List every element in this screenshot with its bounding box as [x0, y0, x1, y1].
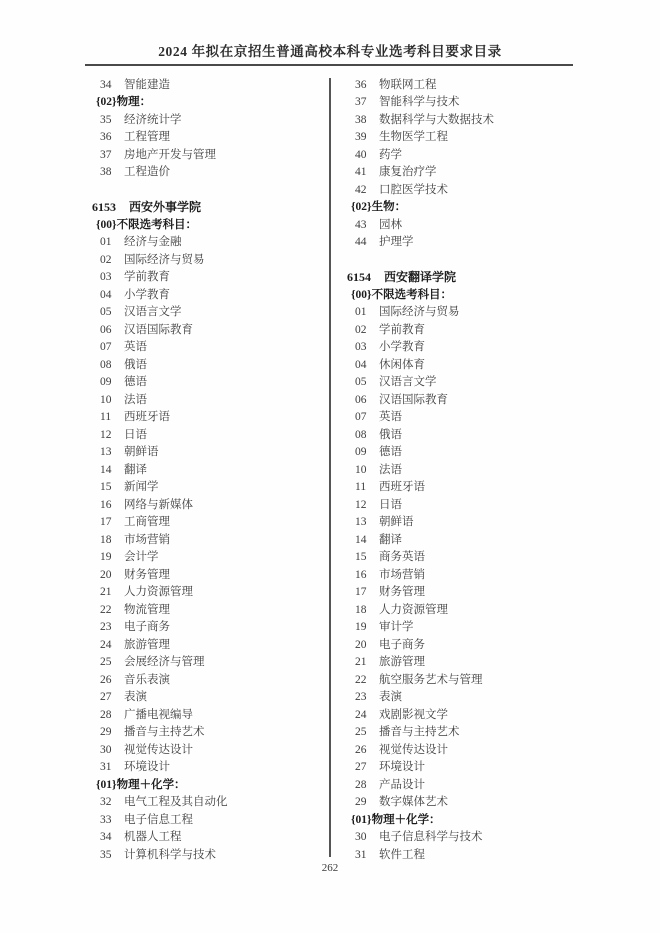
major-name: 网络与新媒体 — [124, 497, 193, 515]
major-code: 31 — [100, 759, 115, 777]
major-code: 30 — [355, 829, 370, 847]
major-code: 43 — [355, 217, 370, 235]
major-name: 俄语 — [379, 427, 402, 445]
major-name: 会计学 — [124, 549, 159, 567]
major-row: 27表演 — [92, 689, 328, 707]
major-row: 36物联网工程 — [347, 77, 583, 95]
major-code: 29 — [355, 794, 370, 812]
major-code: 37 — [100, 147, 115, 165]
major-name: 口腔医学技术 — [379, 182, 448, 200]
major-code: 36 — [355, 77, 370, 95]
major-code: 22 — [355, 672, 370, 690]
major-code: 11 — [100, 409, 115, 427]
major-name: 表演 — [379, 689, 402, 707]
major-name: 电子商务 — [379, 637, 425, 655]
major-row: 16网络与新媒体 — [92, 497, 328, 515]
subject-group-header: {00}不限选考科目： — [92, 217, 328, 235]
major-name: 市场营销 — [124, 532, 170, 550]
major-row: 17工商管理 — [92, 514, 328, 532]
major-code: 02 — [355, 322, 370, 340]
major-row: 40药学 — [347, 147, 583, 165]
major-name: 环境设计 — [379, 759, 425, 777]
major-code: 27 — [355, 759, 370, 777]
major-row: 15新闻学 — [92, 479, 328, 497]
major-code: 35 — [100, 112, 115, 130]
major-name: 国际经济与贸易 — [124, 252, 205, 270]
major-row: 14翻译 — [347, 532, 583, 550]
major-name: 日语 — [379, 497, 402, 515]
major-name: 智能建造 — [124, 77, 170, 95]
major-code: 40 — [355, 147, 370, 165]
major-name: 会展经济与管理 — [124, 654, 205, 672]
subject-group-header: {00}不限选考科目： — [347, 287, 583, 305]
major-row: 43园林 — [347, 217, 583, 235]
major-row: 14翻译 — [92, 462, 328, 480]
major-code: 34 — [100, 77, 115, 95]
college-code: 6153 — [92, 199, 121, 217]
major-name: 财务管理 — [124, 567, 170, 585]
major-code: 29 — [100, 724, 115, 742]
major-name: 工商管理 — [124, 514, 170, 532]
major-row: 09德语 — [347, 444, 583, 462]
major-row: 08俄语 — [92, 357, 328, 375]
major-name: 朝鲜语 — [379, 514, 414, 532]
major-code: 17 — [355, 584, 370, 602]
major-name: 经济与金融 — [124, 234, 182, 252]
major-row: 35经济统计学 — [92, 112, 328, 130]
major-name: 法语 — [124, 392, 147, 410]
major-code: 05 — [100, 304, 115, 322]
major-row: 23电子商务 — [92, 619, 328, 637]
major-row: 16市场营销 — [347, 567, 583, 585]
major-code: 13 — [100, 444, 115, 462]
major-row: 34智能建造 — [92, 77, 328, 95]
major-name: 汉语言文学 — [124, 304, 182, 322]
college-header: 6154西安翻译学院 — [347, 269, 583, 287]
major-row: 01国际经济与贸易 — [347, 304, 583, 322]
major-name: 汉语国际教育 — [379, 392, 448, 410]
major-code: 36 — [100, 129, 115, 147]
major-row: 42口腔医学技术 — [347, 182, 583, 200]
major-row: 37智能科学与技术 — [347, 94, 583, 112]
major-code: 12 — [100, 427, 115, 445]
major-row: 06汉语国际教育 — [347, 392, 583, 410]
major-row: 02国际经济与贸易 — [92, 252, 328, 270]
page-number: 262 — [0, 862, 660, 874]
major-row: 39生物医学工程 — [347, 129, 583, 147]
major-row: 29数字媒体艺术 — [347, 794, 583, 812]
major-name: 电气工程及其自动化 — [124, 794, 228, 812]
major-row: 24旅游管理 — [92, 637, 328, 655]
major-name: 产品设计 — [379, 777, 425, 795]
left-column: 34智能建造{02}物理：35经济统计学36工程管理37房地产开发与管理38工程… — [92, 77, 328, 865]
major-name: 园林 — [379, 217, 402, 235]
major-row: 44护理学 — [347, 234, 583, 252]
subject-group-header: {01}物理＋化学： — [347, 812, 583, 830]
major-row: 03学前教育 — [92, 269, 328, 287]
major-code: 04 — [355, 357, 370, 375]
major-name: 数据科学与大数据技术 — [379, 112, 494, 130]
major-row: 10法语 — [347, 462, 583, 480]
page-title: 2024 年拟在京招生普通高校本科专业选考科目要求目录 — [0, 40, 660, 60]
major-row: 18市场营销 — [92, 532, 328, 550]
major-row: 19审计学 — [347, 619, 583, 637]
major-name: 播音与主持艺术 — [124, 724, 205, 742]
major-name: 人力资源管理 — [124, 584, 193, 602]
major-row: 38数据科学与大数据技术 — [347, 112, 583, 130]
major-code: 05 — [355, 374, 370, 392]
subject-group-header: {02}物理： — [92, 94, 328, 112]
major-row: 30电子信息科学与技术 — [347, 829, 583, 847]
major-row: 20电子商务 — [347, 637, 583, 655]
major-code: 25 — [355, 724, 370, 742]
major-code: 37 — [355, 94, 370, 112]
subject-group-header: {02}生物： — [347, 199, 583, 217]
major-row: 25播音与主持艺术 — [347, 724, 583, 742]
header-rule — [85, 64, 573, 66]
major-code: 30 — [100, 742, 115, 760]
major-row: 32电气工程及其自动化 — [92, 794, 328, 812]
major-code: 21 — [100, 584, 115, 602]
major-name: 翻译 — [379, 532, 402, 550]
major-row: 24戏剧影视文学 — [347, 707, 583, 725]
major-name: 国际经济与贸易 — [379, 304, 460, 322]
major-name: 视觉传达设计 — [124, 742, 193, 760]
major-name: 新闻学 — [124, 479, 159, 497]
college-name: 西安外事学院 — [129, 199, 201, 217]
major-row: 20财务管理 — [92, 567, 328, 585]
major-code: 01 — [355, 304, 370, 322]
blank-row — [347, 252, 583, 270]
major-name: 法语 — [379, 462, 402, 480]
major-row: 12日语 — [347, 497, 583, 515]
major-row: 30视觉传达设计 — [92, 742, 328, 760]
major-row: 10法语 — [92, 392, 328, 410]
major-code: 25 — [100, 654, 115, 672]
major-code: 20 — [100, 567, 115, 585]
major-code: 28 — [100, 707, 115, 725]
major-name: 翻译 — [124, 462, 147, 480]
major-row: 08俄语 — [347, 427, 583, 445]
major-row: 17财务管理 — [347, 584, 583, 602]
major-name: 工程造价 — [124, 164, 170, 182]
major-row: 03小学教育 — [347, 339, 583, 357]
major-code: 17 — [100, 514, 115, 532]
major-row: 13朝鲜语 — [92, 444, 328, 462]
major-row: 18人力资源管理 — [347, 602, 583, 620]
major-code: 21 — [355, 654, 370, 672]
major-name: 学前教育 — [379, 322, 425, 340]
major-row: 21人力资源管理 — [92, 584, 328, 602]
major-name: 经济统计学 — [124, 112, 182, 130]
major-name: 旅游管理 — [379, 654, 425, 672]
major-name: 生物医学工程 — [379, 129, 448, 147]
major-code: 12 — [355, 497, 370, 515]
major-name: 播音与主持艺术 — [379, 724, 460, 742]
major-code: 08 — [355, 427, 370, 445]
major-code: 06 — [355, 392, 370, 410]
subject-group-header: {01}物理＋化学： — [92, 777, 328, 795]
major-code: 28 — [355, 777, 370, 795]
major-row: 07英语 — [92, 339, 328, 357]
major-row: 36工程管理 — [92, 129, 328, 147]
major-name: 小学教育 — [124, 287, 170, 305]
major-name: 汉语言文学 — [379, 374, 437, 392]
major-row: 12日语 — [92, 427, 328, 445]
major-code: 06 — [100, 322, 115, 340]
major-code: 33 — [100, 812, 115, 830]
major-name: 俄语 — [124, 357, 147, 375]
major-row: 34机器人工程 — [92, 829, 328, 847]
major-code: 18 — [100, 532, 115, 550]
major-row: 21旅游管理 — [347, 654, 583, 672]
major-code: 23 — [355, 689, 370, 707]
major-row: 37房地产开发与管理 — [92, 147, 328, 165]
column-divider — [329, 78, 331, 857]
major-code: 01 — [100, 234, 115, 252]
major-code: 11 — [355, 479, 370, 497]
major-row: 07英语 — [347, 409, 583, 427]
major-row: 15商务英语 — [347, 549, 583, 567]
major-code: 16 — [100, 497, 115, 515]
major-code: 07 — [100, 339, 115, 357]
major-code: 14 — [100, 462, 115, 480]
major-code: 19 — [100, 549, 115, 567]
major-row: 04小学教育 — [92, 287, 328, 305]
major-name: 德语 — [124, 374, 147, 392]
major-row: 04休闲体育 — [347, 357, 583, 375]
major-row: 06汉语国际教育 — [92, 322, 328, 340]
major-name: 戏剧影视文学 — [379, 707, 448, 725]
major-code: 38 — [355, 112, 370, 130]
major-row: 28产品设计 — [347, 777, 583, 795]
major-name: 市场营销 — [379, 567, 425, 585]
major-name: 房地产开发与管理 — [124, 147, 216, 165]
major-name: 视觉传达设计 — [379, 742, 448, 760]
major-code: 19 — [355, 619, 370, 637]
major-code: 10 — [355, 462, 370, 480]
major-code: 09 — [100, 374, 115, 392]
major-code: 18 — [355, 602, 370, 620]
major-row: 29播音与主持艺术 — [92, 724, 328, 742]
major-row: 22航空服务艺术与管理 — [347, 672, 583, 690]
college-name: 西安翻译学院 — [384, 269, 456, 287]
major-name: 西班牙语 — [379, 479, 425, 497]
major-row: 27环境设计 — [347, 759, 583, 777]
major-row: 22物流管理 — [92, 602, 328, 620]
major-name: 表演 — [124, 689, 147, 707]
major-name: 英语 — [379, 409, 402, 427]
major-name: 休闲体育 — [379, 357, 425, 375]
major-code: 02 — [100, 252, 115, 270]
major-row: 02学前教育 — [347, 322, 583, 340]
major-code: 24 — [355, 707, 370, 725]
major-name: 学前教育 — [124, 269, 170, 287]
major-code: 26 — [355, 742, 370, 760]
blank-row — [92, 182, 328, 200]
major-code: 15 — [355, 549, 370, 567]
major-code: 44 — [355, 234, 370, 252]
major-code: 09 — [355, 444, 370, 462]
major-code: 03 — [100, 269, 115, 287]
major-name: 商务英语 — [379, 549, 425, 567]
major-code: 27 — [100, 689, 115, 707]
major-name: 审计学 — [379, 619, 414, 637]
major-name: 英语 — [124, 339, 147, 357]
major-row: 11西班牙语 — [347, 479, 583, 497]
major-row: 26音乐表演 — [92, 672, 328, 690]
major-row: 41康复治疗学 — [347, 164, 583, 182]
major-code: 42 — [355, 182, 370, 200]
major-row: 31环境设计 — [92, 759, 328, 777]
major-row: 28广播电视编导 — [92, 707, 328, 725]
major-row: 13朝鲜语 — [347, 514, 583, 532]
college-code: 6154 — [347, 269, 376, 287]
major-name: 物流管理 — [124, 602, 170, 620]
major-name: 汉语国际教育 — [124, 322, 193, 340]
major-row: 01经济与金融 — [92, 234, 328, 252]
major-code: 04 — [100, 287, 115, 305]
major-name: 护理学 — [379, 234, 414, 252]
major-name: 环境设计 — [124, 759, 170, 777]
major-code: 23 — [100, 619, 115, 637]
major-code: 08 — [100, 357, 115, 375]
major-code: 24 — [100, 637, 115, 655]
document-page: 2024 年拟在京招生普通高校本科专业选考科目要求目录 34智能建造{02}物理… — [0, 0, 660, 933]
major-row: 09德语 — [92, 374, 328, 392]
major-code: 07 — [355, 409, 370, 427]
major-row: 33电子信息工程 — [92, 812, 328, 830]
major-code: 15 — [100, 479, 115, 497]
major-name: 广播电视编导 — [124, 707, 193, 725]
major-code: 20 — [355, 637, 370, 655]
major-name: 工程管理 — [124, 129, 170, 147]
major-name: 小学教育 — [379, 339, 425, 357]
major-name: 智能科学与技术 — [379, 94, 460, 112]
major-code: 34 — [100, 829, 115, 847]
major-name: 旅游管理 — [124, 637, 170, 655]
major-code: 32 — [100, 794, 115, 812]
major-name: 朝鲜语 — [124, 444, 159, 462]
major-code: 03 — [355, 339, 370, 357]
major-code: 14 — [355, 532, 370, 550]
major-code: 39 — [355, 129, 370, 147]
major-name: 药学 — [379, 147, 402, 165]
major-name: 电子商务 — [124, 619, 170, 637]
major-row: 05汉语言文学 — [92, 304, 328, 322]
major-row: 23表演 — [347, 689, 583, 707]
major-name: 物联网工程 — [379, 77, 437, 95]
right-column: 36物联网工程37智能科学与技术38数据科学与大数据技术39生物医学工程40药学… — [347, 77, 583, 865]
major-code: 10 — [100, 392, 115, 410]
college-header: 6153西安外事学院 — [92, 199, 328, 217]
major-code: 13 — [355, 514, 370, 532]
major-code: 41 — [355, 164, 370, 182]
major-row: 19会计学 — [92, 549, 328, 567]
major-name: 人力资源管理 — [379, 602, 448, 620]
major-name: 德语 — [379, 444, 402, 462]
major-row: 38工程造价 — [92, 164, 328, 182]
major-name: 财务管理 — [379, 584, 425, 602]
major-name: 康复治疗学 — [379, 164, 437, 182]
major-name: 音乐表演 — [124, 672, 170, 690]
major-name: 日语 — [124, 427, 147, 445]
major-row: 11西班牙语 — [92, 409, 328, 427]
major-code: 22 — [100, 602, 115, 620]
major-code: 26 — [100, 672, 115, 690]
major-name: 机器人工程 — [124, 829, 182, 847]
major-row: 05汉语言文学 — [347, 374, 583, 392]
major-row: 26视觉传达设计 — [347, 742, 583, 760]
major-name: 电子信息科学与技术 — [379, 829, 483, 847]
major-name: 数字媒体艺术 — [379, 794, 448, 812]
major-name: 航空服务艺术与管理 — [379, 672, 483, 690]
major-name: 西班牙语 — [124, 409, 170, 427]
major-code: 16 — [355, 567, 370, 585]
major-code: 38 — [100, 164, 115, 182]
major-name: 电子信息工程 — [124, 812, 193, 830]
major-row: 25会展经济与管理 — [92, 654, 328, 672]
